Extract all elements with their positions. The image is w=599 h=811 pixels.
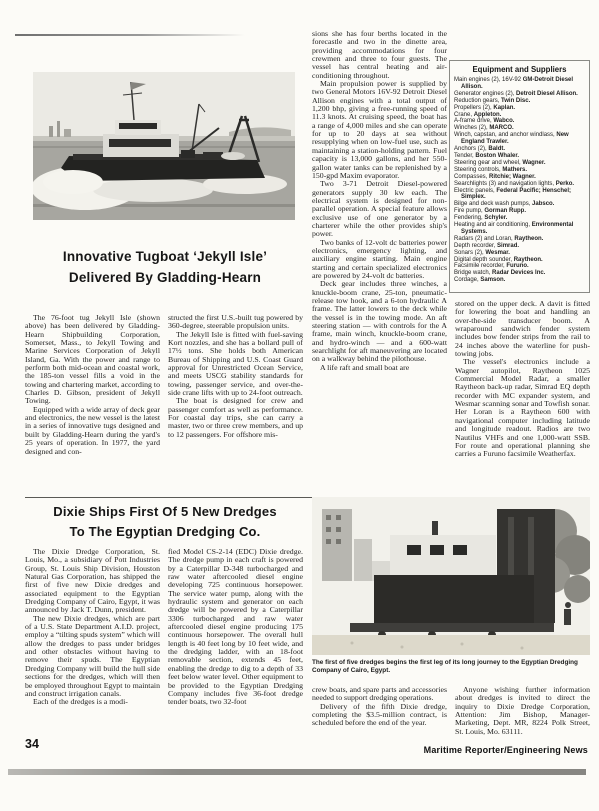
article2-column-2: fied Model CS-2-14 (EDC) Dixie dredge. T… <box>168 548 303 736</box>
paragraph: The boat is designed for crew and passen… <box>168 397 303 439</box>
equipment-item: Bilge and deck wash pumps, Jabsco. <box>454 201 585 208</box>
paragraph: Main propulsion power is supplied by two… <box>312 80 447 180</box>
equipment-item: Winch, capstan, and anchor windlass, New… <box>454 132 585 146</box>
equipment-item: Searchlights (3) and navigation lights, … <box>454 181 585 188</box>
journal-title-footer: Maritime Reporter/Engineering News <box>424 745 588 755</box>
equipment-item: Winches (2), MARCO. <box>454 125 585 132</box>
article2-headline-line1: Dixie Ships First Of 5 New Dredges <box>22 502 308 522</box>
equipment-item: Reduction gears, Twin Disc. <box>454 98 585 105</box>
equipment-item: Generator engines (2), Detroit Diesel Al… <box>454 91 585 98</box>
paragraph: fied Model CS-2-14 (EDC) Dixie dredge. T… <box>168 548 303 707</box>
dredge-photo-caption: The first of five dredges begins the fir… <box>312 659 590 674</box>
article2-column-3: crew boats, and spare parts and accessor… <box>312 686 447 746</box>
scan-artifact-line <box>15 34 245 36</box>
article1-headline: Innovative Tugboat ‘Jekyll Isle’ Deliver… <box>22 246 308 288</box>
equipment-item: Cordage, Samson. <box>454 277 585 284</box>
paragraph: Each of the dredges is a modi- <box>25 698 160 706</box>
equipment-item: Electric panels, Federal Pacific; Hensch… <box>454 188 585 202</box>
equipment-item: Fendering, Schyler. <box>454 215 585 222</box>
tug-photo-image <box>33 72 295 220</box>
paragraph: Equipped with a wide array of deck gear … <box>25 406 160 456</box>
paragraph: sions she has four berths located in the… <box>312 30 447 80</box>
article2-column-4: Anyone wishing further information about… <box>455 686 590 748</box>
equipment-suppliers-box: Equipment and Suppliers Main engines (2)… <box>449 60 590 293</box>
paragraph: The 76-foot tug Jekyll Isle (shown above… <box>25 314 160 406</box>
page-number: 34 <box>25 737 39 751</box>
article1-headline-line1: Innovative Tugboat ‘Jekyll Isle’ <box>22 246 308 267</box>
article1-column-4: stored on the upper deck. A davit is fit… <box>455 300 590 498</box>
equipment-item: Tender, Boston Whaler. <box>454 153 585 160</box>
equipment-item: Main engines (2), 16V-92 GM-Detroit Dies… <box>454 77 585 91</box>
equipment-item: Sonars (2), Wesmar. <box>454 250 585 257</box>
dredge-photo <box>312 497 590 655</box>
paragraph: Delivery of the fifth Dixie dredge, comp… <box>312 703 447 728</box>
equipment-item: Propellers (2), Kaplan. <box>454 105 585 112</box>
article1-column-2: structed the first U.S.-built tug powere… <box>168 314 303 500</box>
page-edge-bar <box>8 769 586 775</box>
paragraph: A life raft and small boat are <box>312 364 447 372</box>
paragraph: The vessel's electronics include a Wagne… <box>455 358 590 458</box>
paragraph: Two 3-71 Detroit Diesel-powered generato… <box>312 180 447 238</box>
paragraph: crew boats, and spare parts and accessor… <box>312 686 447 703</box>
equipment-box-title: Equipment and Suppliers <box>454 65 585 74</box>
article2-headline: Dixie Ships First Of 5 New Dredges To Th… <box>22 502 308 541</box>
paragraph: stored on the upper deck. A davit is fit… <box>455 300 590 358</box>
article2-column-1: The Dixie Dredge Corporation, St. Louis,… <box>25 548 160 736</box>
paragraph: The new Dixie dredges, which are part of… <box>25 615 160 698</box>
magazine-page: Innovative Tugboat ‘Jekyll Isle’ Deliver… <box>0 0 599 811</box>
equipment-item: Anchors (2), Baldt. <box>454 146 585 153</box>
equipment-item: Facsimile recorder, Furuno. <box>454 263 585 270</box>
equipment-item: Heating and air conditioning, Environmen… <box>454 222 585 236</box>
equipment-item: Steering gear and wheel, Wagner. <box>454 160 585 167</box>
equipment-item: Crane, Appleton. <box>454 112 585 119</box>
paragraph: The Jekyll Isle is fitted with fuel-savi… <box>168 331 303 398</box>
equipment-item: A-frame drive, Wabco. <box>454 118 585 125</box>
equipment-item: Digital depth sounder, Raytheon. <box>454 257 585 264</box>
paragraph: Two banks of 12-volt dc batteries power … <box>312 239 447 281</box>
equipment-item: Bridge watch, Radar Devices Inc. <box>454 270 585 277</box>
paragraph: Anyone wishing further information about… <box>455 686 590 736</box>
equipment-item: Depth recorder, Simrad. <box>454 243 585 250</box>
dredge-photo-image <box>312 497 590 655</box>
paragraph: structed the first U.S.-built tug powere… <box>168 314 303 331</box>
equipment-list: Main engines (2), 16V-92 GM-Detroit Dies… <box>454 77 585 284</box>
article1-column-3: sions she has four berths located in the… <box>312 30 447 498</box>
paragraph: Deck gear includes three winches, a knuc… <box>312 280 447 363</box>
article1-headline-line2: Delivered By Gladding-Hearn <box>22 267 308 288</box>
article1-column-1: The 76-foot tug Jekyll Isle (shown above… <box>25 314 160 500</box>
paragraph: The Dixie Dredge Corporation, St. Louis,… <box>25 548 160 615</box>
article2-headline-line2: To The Egyptian Dredging Co. <box>22 522 308 542</box>
equipment-item: Fire pump, Gorman Rupp. <box>454 208 585 215</box>
equipment-item: Compasses, Ritchie; Wagner. <box>454 174 585 181</box>
equipment-item: Radars (2) and Loran, Raytheon. <box>454 236 585 243</box>
equipment-item: Steering controls, Mathers. <box>454 167 585 174</box>
tug-photo <box>33 72 295 220</box>
